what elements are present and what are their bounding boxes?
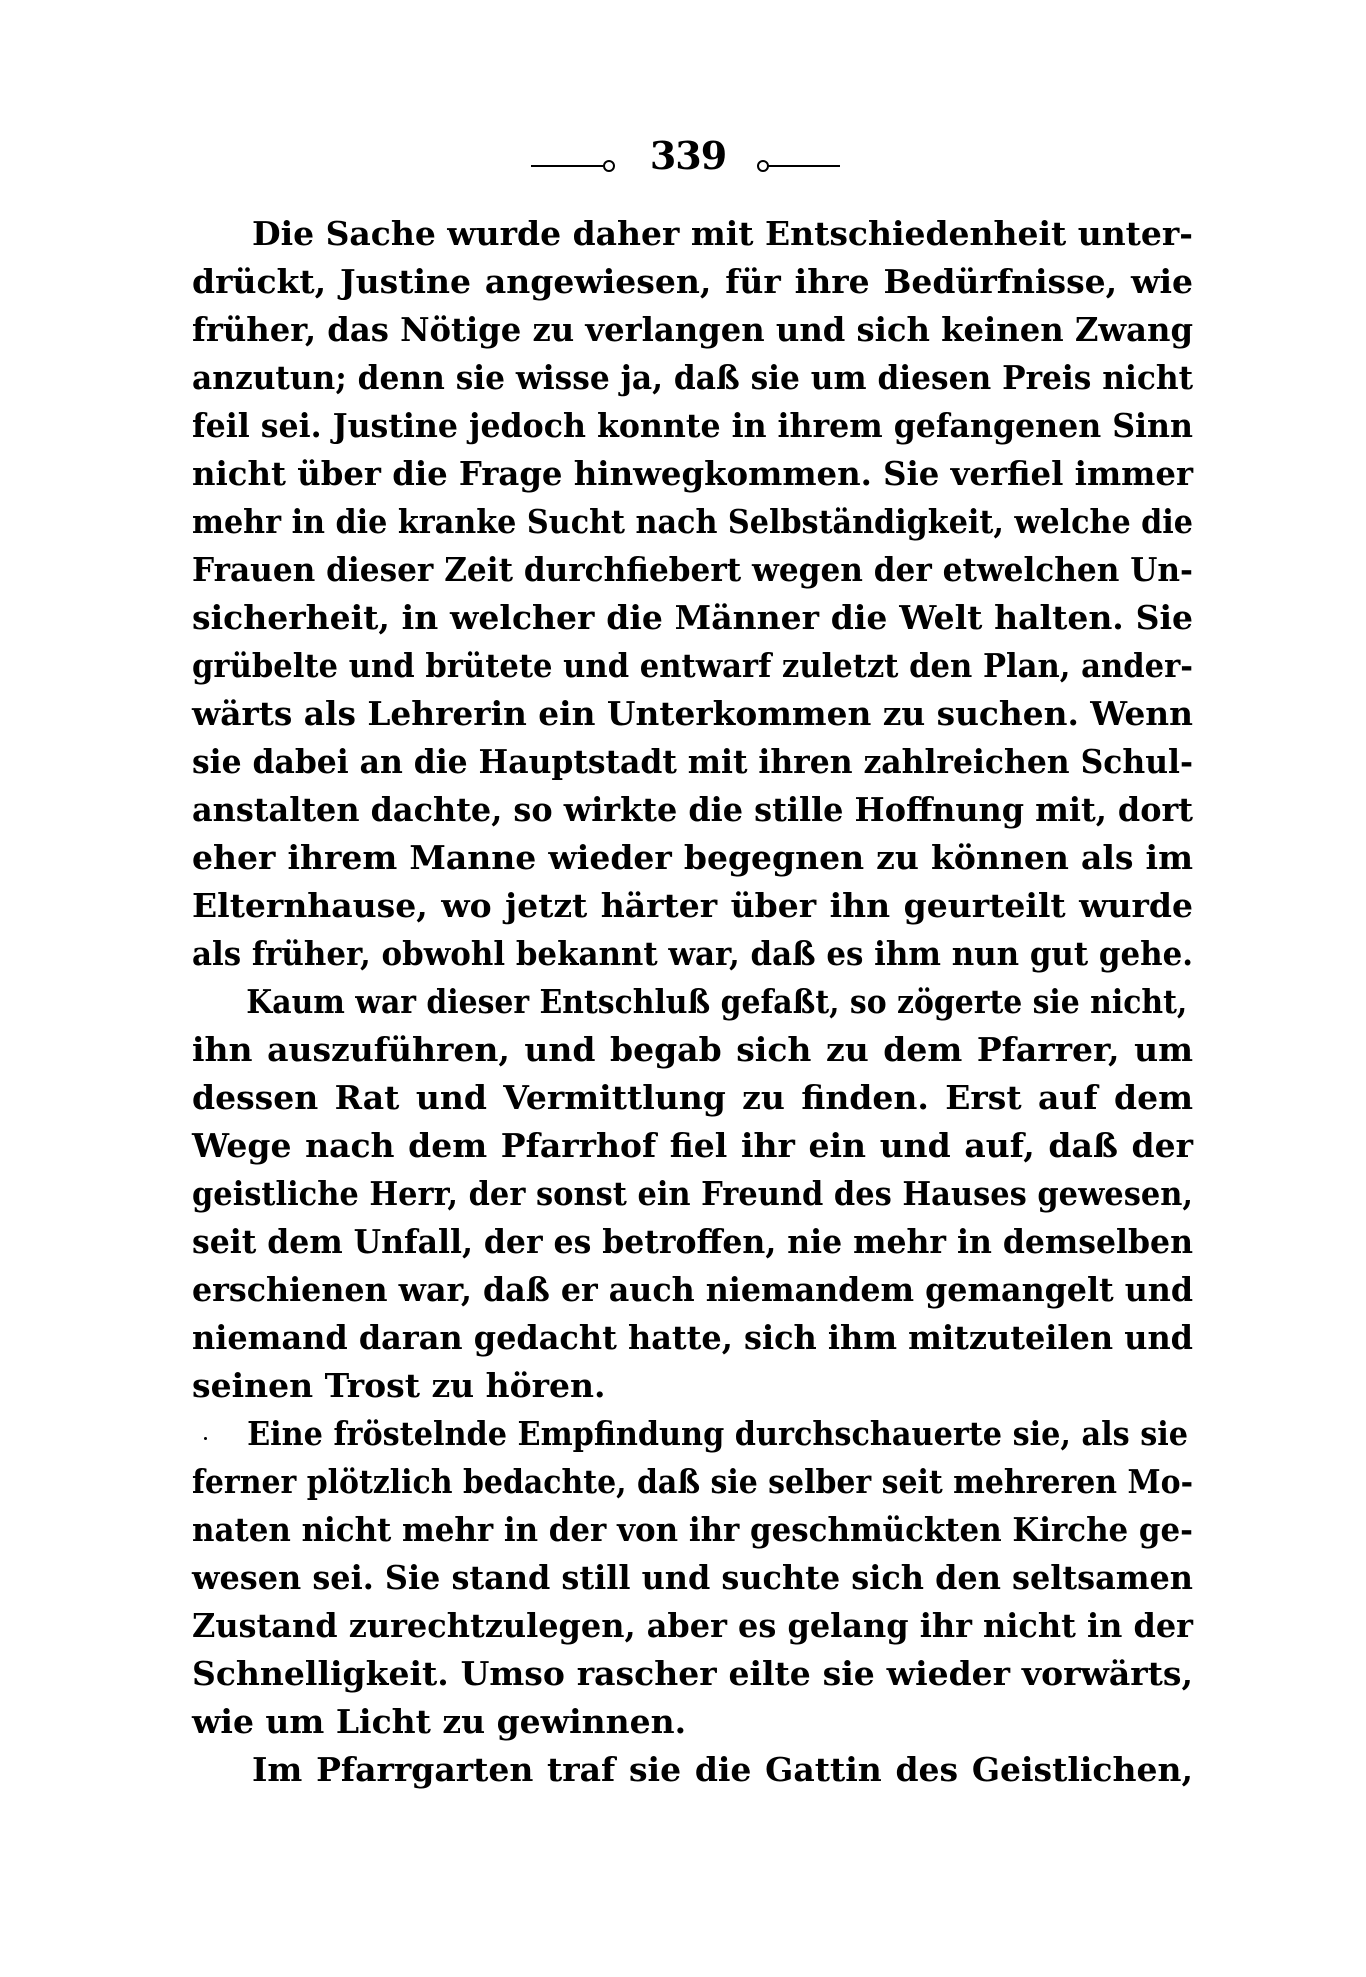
page-number-left-ornament-icon (603, 160, 615, 172)
text-line: grübelte und brütete und entwarf zuletzt… (192, 642, 1193, 690)
text-line: wärts als Lehrerin ein Unterkommen zu su… (192, 690, 1193, 738)
text-line: wie um Licht zu gewinnen. (192, 1698, 1193, 1746)
text-line: feil sei. Justine jedoch konnte in ihrem… (192, 402, 1193, 450)
text-line: Kaum war dieser Entschluß gefaßt, so zög… (192, 978, 1187, 1026)
page-number-right-rule (768, 165, 840, 167)
text-line: Elternhause, wo jetzt härter über ihn ge… (192, 882, 1193, 930)
text-line: seinen Trost zu hören. (192, 1362, 1193, 1410)
text-line: wesen sei. Sie stand still und suchte si… (192, 1554, 1193, 1602)
text-line: als früher, obwohl bekannt war, daß es i… (192, 930, 1193, 978)
text-line: mehr in die kranke Sucht nach Selbständi… (192, 498, 1193, 546)
text-line: Zustand zurechtzulegen, aber es gelang i… (192, 1602, 1193, 1650)
page-number-left-rule (531, 165, 603, 167)
text-line: geistliche Herr, der sonst ein Freund de… (192, 1170, 1193, 1218)
text-line: Frauen dieser Zeit durchfiebert wegen de… (192, 546, 1193, 594)
text-line: anstalten dachte, so wirkte die stille H… (192, 786, 1193, 834)
page-number: 339 (640, 134, 736, 178)
text-line: erschienen war, daß er auch niemandem ge… (192, 1266, 1193, 1314)
text-line: früher, das Nötige zu verlangen und sich… (192, 306, 1193, 354)
paragraph: Im Pfarrgarten traf sie die Gattin des G… (192, 1746, 1193, 1794)
text-line: eher ihrem Manne wieder begegnen zu könn… (192, 834, 1193, 882)
text-line: Schnelligkeit. Umso rascher eilte sie wi… (192, 1650, 1193, 1698)
text-line: nicht über die Frage hinwegkommen. Sie v… (192, 450, 1193, 498)
text-line: Die Sache wurde daher mit Entschiedenhei… (192, 210, 1193, 258)
text-line: Im Pfarrgarten traf sie die Gattin des G… (192, 1746, 1193, 1794)
text-line: seit dem Unfall, der es betroffen, nie m… (192, 1218, 1193, 1266)
paragraph: Kaum war dieser Entschluß gefaßt, so zög… (192, 978, 1193, 1410)
text-line: Eine fröstelnde Empfindung durchschauert… (192, 1410, 1188, 1458)
text-line: ferner plötzlich bedachte, daß sie selbe… (192, 1458, 1193, 1506)
text-line: ihn auszuführen, und begab sich zu dem P… (192, 1026, 1193, 1074)
text-line: sie dabei an die Hauptstadt mit ihren za… (192, 738, 1193, 786)
paragraph: Die Sache wurde daher mit Entschiedenhei… (192, 210, 1193, 978)
text-line: anzutun; denn sie wisse ja, daß sie um d… (192, 354, 1193, 402)
text-line: naten nicht mehr in der von ihr geschmüc… (192, 1506, 1193, 1554)
paragraph: Eine fröstelnde Empfindung durchschauert… (192, 1410, 1193, 1746)
text-line: sicherheit, in welcher die Männer die We… (192, 594, 1193, 642)
text-line: Wege nach dem Pfarrhof fiel ihr ein und … (192, 1122, 1193, 1170)
text-line: niemand daran gedacht hatte, sich ihm mi… (192, 1314, 1193, 1362)
print-speck (204, 1437, 207, 1440)
text-line: dessen Rat und Vermittlung zu finden. Er… (192, 1074, 1193, 1122)
text-line: drückt, Justine angewiesen, für ihre Bed… (192, 258, 1193, 306)
body-text: Die Sache wurde daher mit Entschiedenhei… (192, 210, 1193, 1794)
